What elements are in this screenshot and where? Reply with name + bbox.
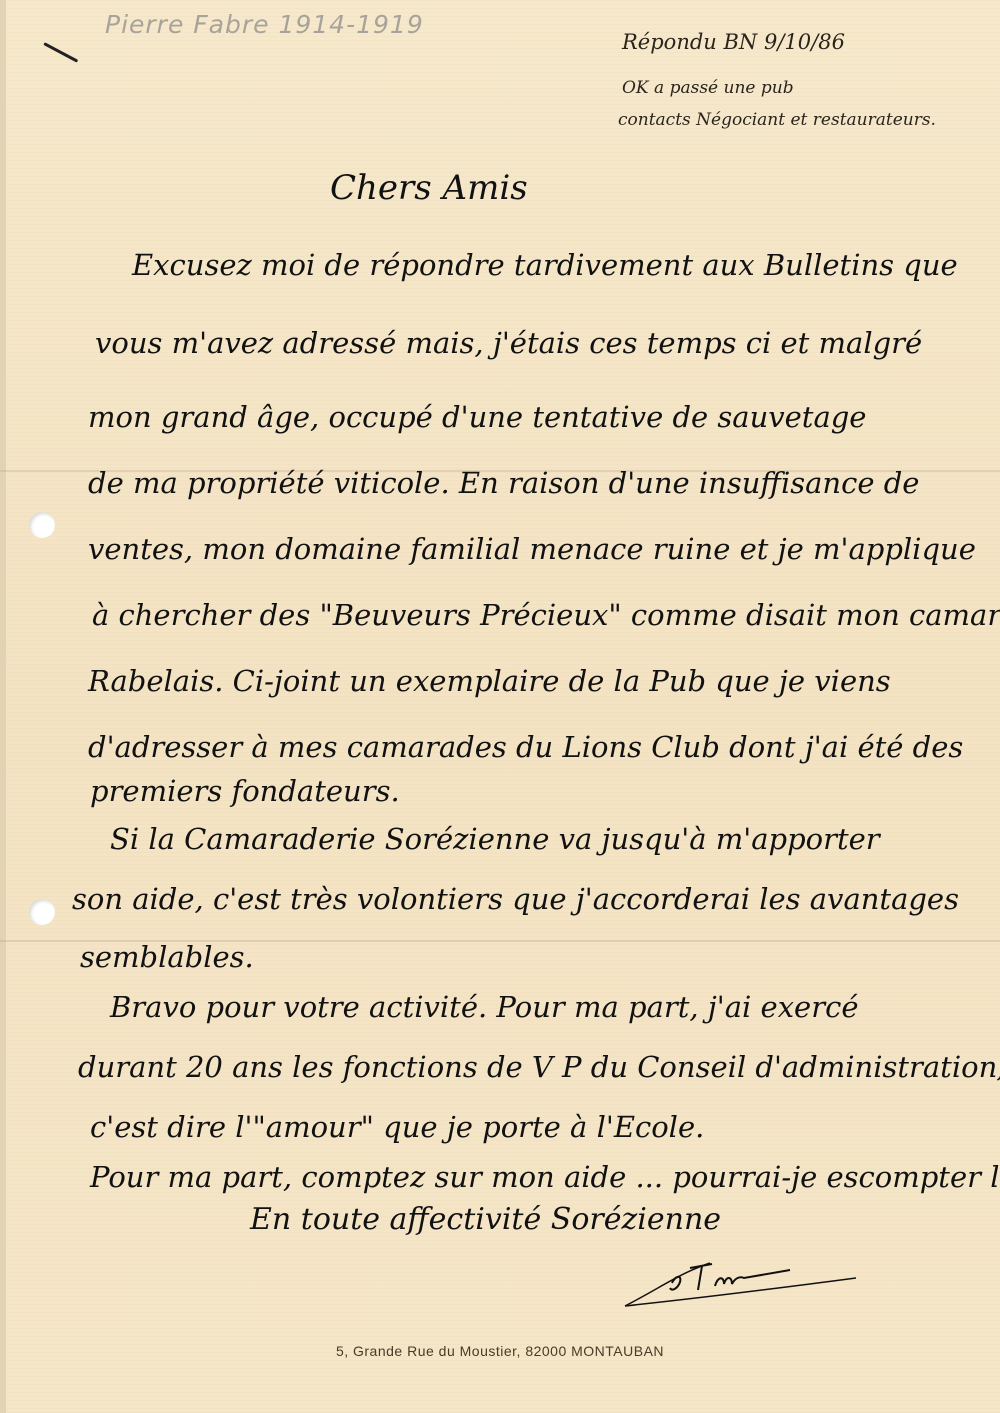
margin-note-reply: Répondu BN 9/10/86 xyxy=(622,30,845,54)
margin-note-contacts: contacts Négociant et restaurateurs. xyxy=(618,110,936,130)
letterhead-address: 5, Grande Rue du Moustier, 82000 MONTAUB… xyxy=(0,1343,1000,1359)
punch-hole xyxy=(29,899,55,925)
punch-hole xyxy=(29,512,55,538)
body-line: Excusez moi de répondre tardivement aux … xyxy=(132,248,958,282)
body-line: à chercher des "Beuveurs Précieux" comme… xyxy=(92,598,1000,632)
body-line: Si la Camaraderie Sorézienne va jusqu'à … xyxy=(110,822,880,856)
body-line: ventes, mon domaine familial menace ruin… xyxy=(88,532,976,566)
body-line: Rabelais. Ci-joint un exemplaire de la P… xyxy=(88,664,891,698)
closing-line: En toute affectivité Sorézienne xyxy=(250,1202,721,1237)
body-line: c'est dire l'"amour" que je porte à l'Ec… xyxy=(90,1110,704,1144)
body-line: Bravo pour votre activité. Pour ma part,… xyxy=(110,990,858,1024)
paper-edge xyxy=(0,0,6,1413)
body-line: semblables. xyxy=(80,940,254,974)
body-line: durant 20 ans les fonctions de V P du Co… xyxy=(78,1050,1000,1084)
body-line: d'adresser à mes camarades du Lions Club… xyxy=(88,730,963,764)
body-line: premiers fondateurs. xyxy=(90,774,400,808)
body-line: vous m'avez adressé mais, j'étais ces te… xyxy=(95,326,922,360)
body-line: son aide, c'est très volontiers que j'ac… xyxy=(72,882,959,916)
body-line: mon grand âge, occupé d'une tentative de… xyxy=(88,400,866,434)
body-line: de ma propriété viticole. En raison d'un… xyxy=(88,466,919,500)
margin-note-pub: OK a passé une pub xyxy=(622,78,794,98)
signature xyxy=(620,1248,860,1318)
salutation: Chers Amis xyxy=(330,168,528,208)
body-line: Pour ma part, comptez sur mon aide ... p… xyxy=(90,1160,1000,1194)
pencil-annotation: Pierre Fabre 1914-1919 xyxy=(105,10,424,39)
